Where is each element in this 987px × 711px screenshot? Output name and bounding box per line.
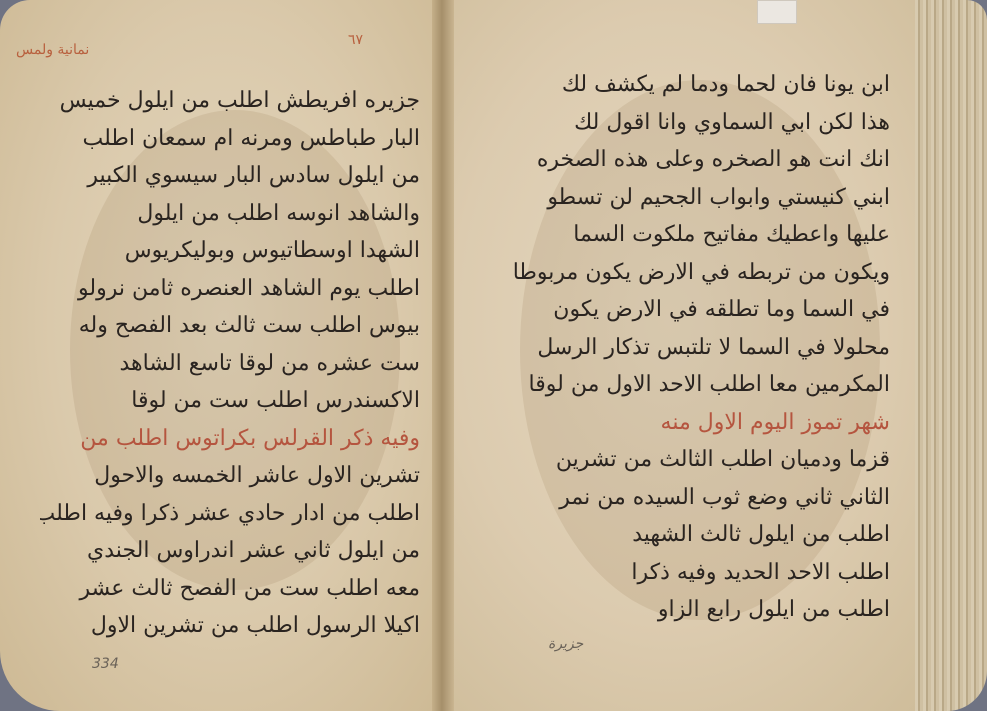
book-gutter — [432, 0, 454, 711]
text-line: ابني كنيستي وابواب الجحيم لن تسطو — [510, 179, 890, 217]
text-line: ويكون من تربطه في الارض يكون مربوطا — [510, 254, 890, 292]
text-line: عليها واعطيك مفاتيح ملكوت السما — [510, 216, 890, 254]
page-edges — [915, 0, 987, 711]
right-page-text: ابن يونا فان لحما ودما لم يكشف لك هذا لك… — [510, 66, 890, 629]
left-page-text: جزيره افريطش اطلب من ايلول خميس البار طب… — [40, 82, 420, 645]
text-line: محلولا في السما لا تلتبس تذكار الرسل — [510, 329, 890, 367]
folio-number: 334 — [92, 656, 119, 672]
text-line: انك انت هو الصخره وعلى هذه الصخره — [510, 141, 890, 179]
text-line: ست عشره من لوقا تاسع الشاهد — [40, 345, 420, 383]
text-line: المكرمين معا اطلب الاحد الاول من لوقا — [510, 366, 890, 404]
text-line: من ايلول ثاني عشر اندراوس الجندي — [40, 532, 420, 570]
catchword: جزيرة — [548, 636, 583, 652]
text-line: وفيه ذكر القرلس بكراتوس اطلب من — [40, 420, 420, 458]
text-line: اطلب يوم الشاهد العنصره ثامن نرولو — [40, 270, 420, 308]
left-margin-note: نمانية ولمس — [16, 42, 89, 58]
text-line: هذا لكن ابي السماوي وانا اقول لك — [510, 104, 890, 142]
text-line: معه اطلب ست من الفصح ثالث عشر — [40, 570, 420, 608]
text-line: شهر تموز اليوم الاول منه — [510, 404, 890, 442]
folio-mark: ٦٧ — [348, 32, 363, 48]
text-line: جزيره افريطش اطلب من ايلول خميس — [40, 82, 420, 120]
text-line: اطلب من ادار حادي عشر ذكرا وفيه اطلب — [40, 495, 420, 533]
text-line: تشرين الاول عاشر الخمسه والاحول — [40, 457, 420, 495]
open-manuscript: نمانية ولمس ٦٧ 334 جزيرة جزيره افريطش اط… — [0, 0, 987, 711]
text-line: اطلب من ايلول رابع الزاو — [510, 591, 890, 629]
text-line: الثاني ثاني وضع ثوب السيده من نمر — [510, 479, 890, 517]
text-line: قزما ودميان اطلب الثالث من تشرين — [510, 441, 890, 479]
text-line: البار طباطس ومرنه ام سمعان اطلب — [40, 120, 420, 158]
paper-tab — [757, 0, 797, 24]
text-line: اكيلا الرسول اطلب من تشرين الاول — [40, 607, 420, 645]
text-line: الاكسندرس اطلب ست من لوقا — [40, 382, 420, 420]
text-line: في السما وما تطلقه في الارض يكون — [510, 291, 890, 329]
text-line: اطلب من ايلول ثالث الشهيد — [510, 516, 890, 554]
text-line: بيوس اطلب ست ثالث بعد الفصح وله — [40, 307, 420, 345]
text-line: ابن يونا فان لحما ودما لم يكشف لك — [510, 66, 890, 104]
text-line: والشاهد انوسه اطلب من ايلول — [40, 195, 420, 233]
text-line: من ايلول سادس البار سيسوي الكبير — [40, 157, 420, 195]
text-line: اطلب الاحد الحديد وفيه ذكرا — [510, 554, 890, 592]
text-line: الشهدا اوسطاتيوس وبوليكريوس — [40, 232, 420, 270]
